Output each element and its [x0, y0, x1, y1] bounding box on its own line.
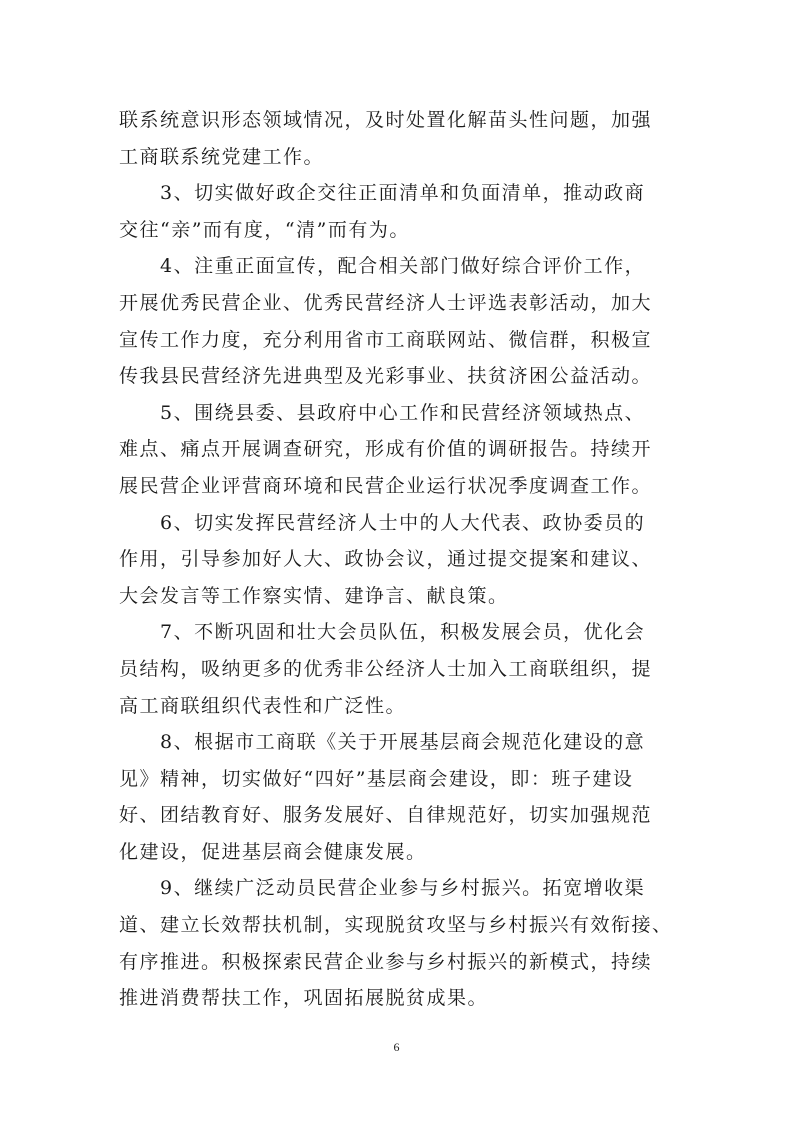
text-line: 化建设，促进基层商会健康发展。	[119, 834, 679, 871]
text-line: 展民营企业评营商环境和民营企业运行状况季度调查工作。	[119, 468, 679, 505]
text-line: 3、切实做好政企交往正面清单和负面清单，推动政商	[119, 175, 679, 212]
text-line: 宣传工作力度，充分利用省市工商联网站、微信群，积极宣	[119, 322, 679, 359]
text-line: 推进消费帮扶工作，巩固拓展脱贫成果。	[119, 980, 679, 1017]
text-line: 作用，引导参加好人大、政协会议，通过提交提案和建议、	[119, 541, 679, 578]
text-line: 开展优秀民营企业、优秀民营经济人士评选表彰活动，加大	[119, 285, 679, 322]
body-text: 联系统意识形态领域情况，及时处置化解苗头性问题，加强 工商联系统党建工作。 3、…	[119, 102, 679, 1017]
text-line: 6、切实发挥民营经济人士中的人大代表、政协委员的	[119, 505, 679, 542]
text-line: 7、不断巩固和壮大会员队伍，积极发展会员，优化会	[119, 614, 679, 651]
text-line: 4、注重正面宣传，配合相关部门做好综合评价工作，	[119, 248, 679, 285]
text-line: 高工商联组织代表性和广泛性。	[119, 688, 679, 725]
text-line: 好、团结教育好、服务发展好、自律规范好，切实加强规范	[119, 797, 679, 834]
page-number: 6	[0, 1040, 793, 1055]
text-line: 联系统意识形态领域情况，及时处置化解苗头性问题，加强	[119, 102, 679, 139]
text-line: 大会发言等工作察实情、建诤言、献良策。	[119, 578, 679, 615]
text-line: 道、建立长效帮扶机制，实现脱贫攻坚与乡村振兴有效衔接、	[119, 907, 679, 944]
text-line: 见》精神，切实做好“四好”基层商会建设，即：班子建设	[119, 761, 679, 798]
text-line: 交往“亲”而有度，“清”而有为。	[119, 212, 679, 249]
text-line: 员结构，吸纳更多的优秀非公经济人士加入工商联组织，提	[119, 651, 679, 688]
text-line: 有序推进。积极探索民营企业参与乡村振兴的新模式，持续	[119, 944, 679, 981]
text-line: 工商联系统党建工作。	[119, 139, 679, 176]
text-line: 难点、痛点开展调查研究，形成有价值的调研报告。持续开	[119, 431, 679, 468]
text-line: 传我县民营经济先进典型及光彩事业、扶贫济困公益活动。	[119, 358, 679, 395]
text-line: 8、根据市工商联《关于开展基层商会规范化建设的意	[119, 724, 679, 761]
document-page: 联系统意识形态领域情况，及时处置化解苗头性问题，加强 工商联系统党建工作。 3、…	[0, 0, 793, 1122]
text-line: 9、继续广泛动员民营企业参与乡村振兴。拓宽增收渠	[119, 870, 679, 907]
text-line: 5、围绕县委、县政府中心工作和民营经济领域热点、	[119, 395, 679, 432]
